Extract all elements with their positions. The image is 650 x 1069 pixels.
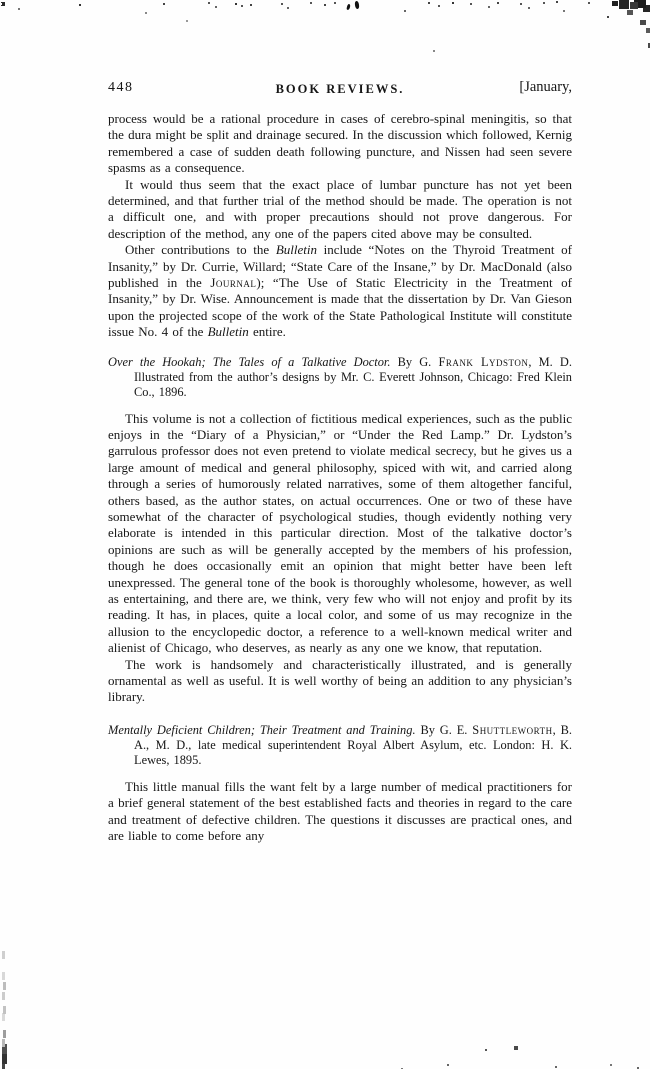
book-title: Over the Hookah; The Tales of a Talkativ… — [108, 355, 390, 369]
review-paragraph: This volume is not a collection of ficti… — [108, 411, 572, 657]
scan-noise-mark — [354, 1, 359, 10]
journal-name-italic: Bulletin — [276, 242, 317, 257]
book-title: Mentally Deficient Children; Their Treat… — [108, 723, 416, 737]
scan-noise-speckles — [0, 3, 2, 5]
scan-noise-mark — [346, 4, 350, 11]
scan-noise-corner-blob — [612, 1, 618, 6]
journal-name-smallcaps: Journal — [210, 275, 256, 290]
review-paragraph: This little manual fills the want felt b… — [108, 779, 572, 845]
author-name: Frank Lydston — [438, 355, 528, 369]
paragraph-lumbar-puncture: It would thus seem that the exact place … — [108, 177, 572, 243]
book-citation-mentally-deficient-children: Mentally Deficient Children; Their Treat… — [108, 723, 572, 769]
issue-date: [January, — [519, 79, 572, 96]
page-header: 448 BOOK REVIEWS. [January, — [0, 80, 650, 98]
scan-noise-left-edge — [2, 951, 5, 959]
page-body: process would be a rational procedure in… — [108, 111, 572, 844]
review-paragraph: The work is handsomely and characteristi… — [108, 657, 572, 706]
book-citation-over-the-hookah: Over the Hookah; The Tales of a Talkativ… — [108, 355, 572, 401]
text-segment: By G. E. — [416, 723, 473, 737]
journal-name-italic: Bulletin — [208, 324, 249, 339]
text-segment: By G. — [390, 355, 438, 369]
text-segment: entire. — [249, 324, 286, 339]
text-segment: Other contributions to the — [125, 242, 276, 257]
author-name: Shuttleworth — [472, 723, 552, 737]
paragraph-bulletin-contents: Other contributions to the Bulletin incl… — [108, 242, 572, 340]
running-title: BOOK REVIEWS. — [108, 82, 572, 97]
scanned-journal-page: 448 BOOK REVIEWS. [January, process woul… — [0, 0, 650, 1069]
paragraph-continuation: process would be a rational procedure in… — [108, 111, 572, 177]
